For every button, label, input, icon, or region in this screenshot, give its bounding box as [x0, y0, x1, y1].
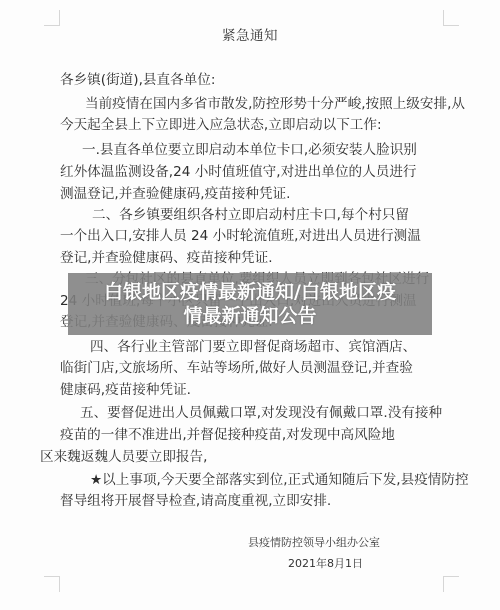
crop-mark-bottom-right: [443, 576, 459, 592]
signature-date: 2021年8月1日: [288, 555, 363, 571]
section-2-line-3: 登记,并查验健康码、疫苗接种凭证.: [60, 249, 273, 267]
section-1-line-1: 一.县直各单位要立即启动本单位卡口,必须安装人脸识别: [82, 141, 417, 159]
headline-line-2: 情最新通知公告: [183, 304, 316, 328]
section-2-line-1: 二、各乡镇要组织各村立即启动村庄卡口,每个村只留: [92, 206, 409, 224]
section-4-line-3: 健康码,疫苗接种凭证.: [60, 381, 191, 399]
headline-line-1: 白银地区疫情最新通知/白银地区疫: [104, 280, 396, 304]
signature-office: 县疫情防控领导小组办公室: [248, 534, 380, 550]
section-4-line-1: 四、各行业主管部门要立即督促商场超市、宾馆酒店、: [90, 338, 416, 356]
section-4-line-2: 临街门店,文旅场所、车站等场所,做好人员测温登记,并查验: [60, 359, 413, 377]
headline-overlay: 白银地区疫情最新通知/白银地区疫 情最新通知公告: [68, 273, 432, 335]
intro-line-1: 当前疫情在国内多省市散发,防控形势十分严峻,按照上级安排,从: [85, 95, 465, 113]
closing-line-2: 督导组将开展督导检查,请高度重视,立即安排.: [60, 492, 331, 510]
crop-mark-bottom-left: [44, 576, 60, 592]
section-2-line-2: 一个出入口,安排人员 24 小时轮流值班,对进出人员进行测温: [60, 227, 421, 245]
section-1-line-2: 红外体温监测设备,24 小时值班值守,对进出单位的人员进行: [60, 163, 417, 181]
section-1-line-3: 测温登记,并查验健康码,疫苗接种凭证.: [60, 185, 290, 203]
notice-document: 紧急通知 各乡镇(街道),县直各单位: 当前疫情在国内多省市散发,防控形势十分严…: [0, 0, 500, 610]
section-5-line-1: 五、要督促进出人员佩戴口罩,对发现没有佩戴口罩.没有接种: [80, 404, 442, 422]
document-title: 紧急通知: [0, 24, 500, 44]
salutation: 各乡镇(街道),县直各单位:: [60, 71, 215, 89]
section-5-line-3: 区来魏返魏人员要立即报告,: [40, 448, 207, 466]
intro-line-2: 今天起全县上下立即进入应急状态,立即启动以下工作:: [60, 116, 382, 134]
closing-line-1: ★以上事项,今天要全部落实到位,正式通知随后下发,县疫情防控: [90, 471, 469, 489]
section-5-line-2: 疫苗的一律不准进出,并督促接种疫苗,对发现中高风险地: [60, 426, 395, 444]
